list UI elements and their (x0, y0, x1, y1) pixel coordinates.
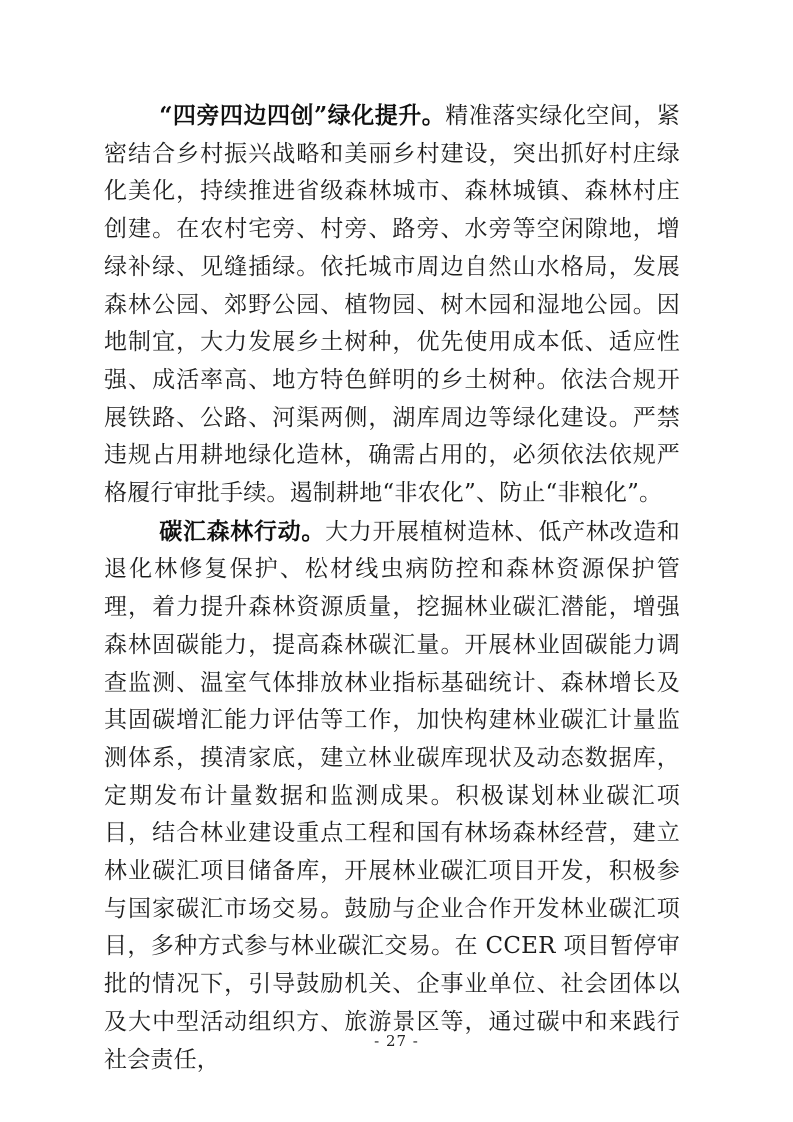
paragraph-carbon-sink-forest: 碳汇森林行动。大力开展植树造林、低产林改造和退化林修复保护、松材线虫病防控和森林… (104, 513, 680, 1080)
paragraph-greening-upgrade-body: 精准落实绿化空间，紧密结合乡村振兴战略和美丽乡村建设，突出抓好村庄绿化美化，持续… (104, 103, 680, 506)
page-number: - 27 - (374, 1032, 419, 1050)
paragraph-greening-upgrade-heading: “四旁四边四创”绿化提升。 (159, 102, 445, 129)
page-footer: - 27 - (0, 1031, 793, 1050)
document-page: “四旁四边四创”绿化提升。精准落实绿化空间，紧密结合乡村振兴战略和美丽乡村建设，… (0, 0, 793, 1122)
paragraph-carbon-sink-forest-heading: 碳汇森林行动。 (159, 518, 325, 545)
paragraph-greening-upgrade: “四旁四边四创”绿化提升。精准落实绿化空间，紧密结合乡村振兴战略和美丽乡村建设，… (104, 97, 680, 513)
paragraph-carbon-sink-forest-body: 大力开展植树造林、低产林改造和退化林修复保护、松材线虫病防控和森林资源保护管理，… (104, 519, 680, 1073)
document-content: “四旁四边四创”绿化提升。精准落实绿化空间，紧密结合乡村振兴战略和美丽乡村建设，… (104, 97, 680, 1079)
